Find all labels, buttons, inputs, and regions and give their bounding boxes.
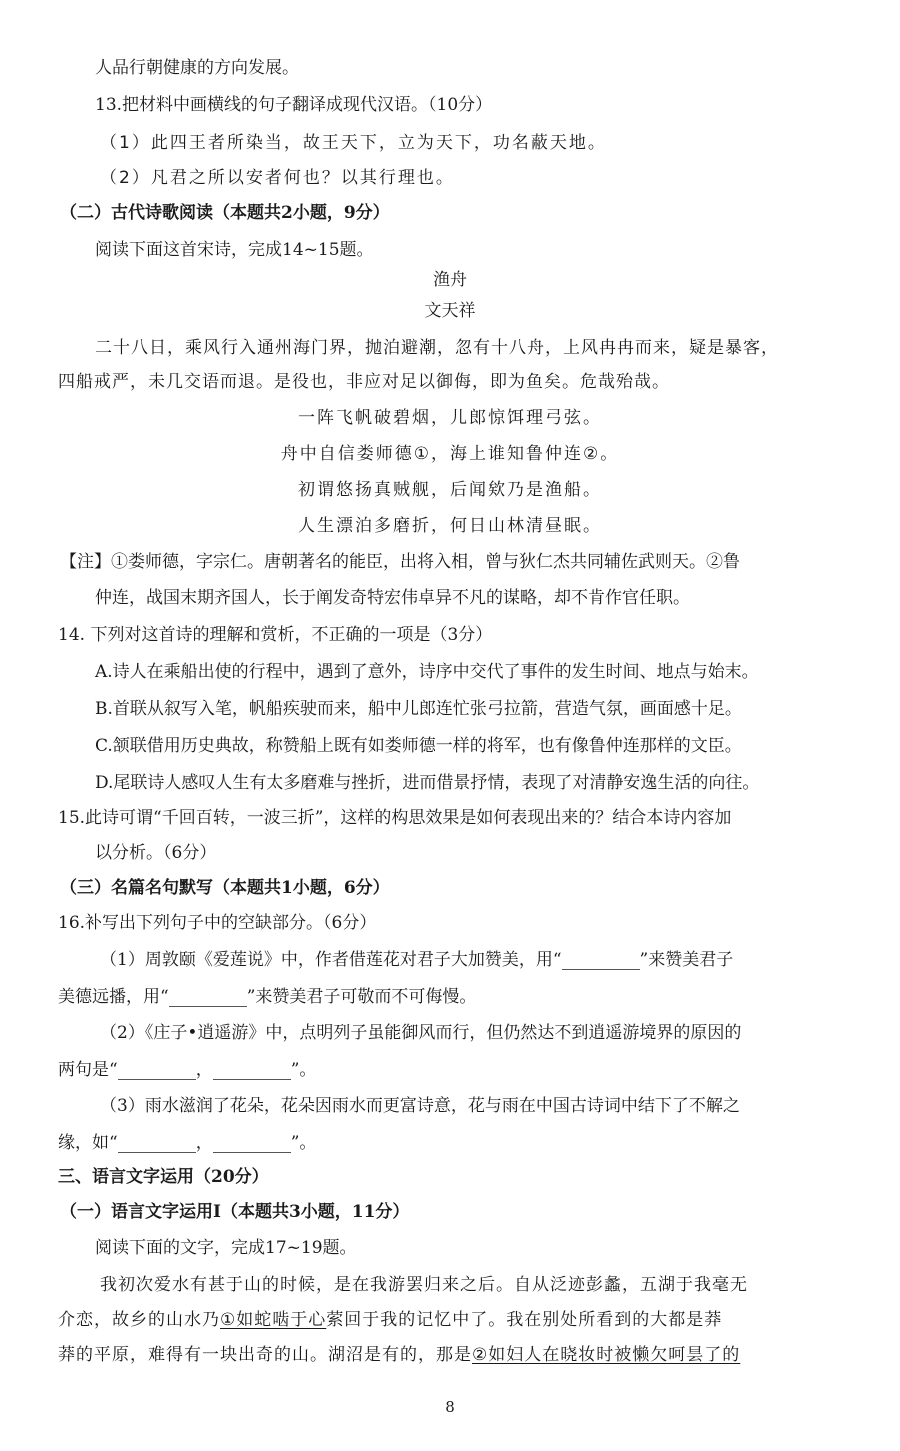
part3-heading: 三、语言文字运用（20分） <box>58 1167 269 1187</box>
passage-text: 莽的平原，难得有一块出奇的山。湖沼是有的，那是 <box>58 1345 472 1365</box>
underlined-phrase-1: ①如蛇啮于心 <box>220 1310 326 1330</box>
q13-stem: 13.把材料中画横线的句子翻译成现代汉语。（10分） <box>95 95 492 115</box>
q16-item-2-text-b: 两句是“ <box>58 1060 118 1080</box>
answer-blank[interactable] <box>169 990 247 1007</box>
poem-verse-1: 一阵飞帆破碧烟，儿郎惊饵理弓弦。 <box>0 408 900 428</box>
answer-blank[interactable] <box>118 1136 196 1153</box>
comma: ， <box>196 1133 213 1153</box>
q14-option-b: B.首联从叙写入笔，帆船疾驶而来，船中儿郎连忙张弓拉箭，营造气氛，画面感十足。 <box>95 699 742 719</box>
underlined-phrase-2: ②如妇人在晓妆时被懒欠呵昙了的 <box>472 1345 740 1365</box>
q14-option-c: C.颔联借用历史典故，称赞船上既有如娄师德一样的将军，也有像鲁仲连那样的文臣。 <box>95 736 742 756</box>
poetry-instruction: 阅读下面这首宋诗，完成14~15题。 <box>95 240 374 260</box>
poem-verse-2: 舟中自信娄师德①，海上谁知鲁仲连②。 <box>0 444 900 464</box>
page-number: 8 <box>0 1398 900 1416</box>
poem-title: 渔舟 <box>0 270 900 290</box>
q16-item-3-text-b: 缘，如“ <box>58 1133 118 1153</box>
comma: ， <box>196 1060 213 1080</box>
poem-preface-line-2: 四船戒严，未几交语而退。是役也，非应对足以御侮，即为鱼矣。危哉殆哉。 <box>58 372 670 392</box>
poem-author: 文天祥 <box>0 301 900 321</box>
passage-line-3: 莽的平原，难得有一块出奇的山。湖沼是有的，那是②如妇人在晓妆时被懒欠呵昙了的 <box>58 1345 740 1365</box>
q14-option-a: A.诗人在乘船出使的行程中，遇到了意外，诗序中交代了事件的发生时间、地点与始末。 <box>95 662 759 682</box>
part3-instruction: 阅读下面的文字，完成17~19题。 <box>95 1238 357 1258</box>
answer-blank[interactable] <box>213 1136 291 1153</box>
passage-text: 萦回于我的记忆中了。我在别处所看到的大都是莽 <box>326 1310 722 1330</box>
q14-option-d: D.尾联诗人感叹人生有太多磨难与挫折，进而借景抒情，表现了对清静安逸生活的向往。 <box>95 773 759 793</box>
closing-quote: ”。 <box>291 1060 317 1080</box>
poem-note-line-2: 仲连，战国末期齐国人，长于阐发奇特宏伟卓异不凡的谋略，却不肯作官任职。 <box>95 588 690 608</box>
answer-blank[interactable] <box>213 1063 291 1080</box>
q16-item-3-line-1: （3）雨水滋润了花朵，花朵因雨水而更富诗意，花与雨在中国古诗词中结下了不解之 <box>100 1096 740 1116</box>
q16-item-2-line-2: 两句是“，”。 <box>58 1060 316 1080</box>
q16-item-1-line-2: 美德远播，用“”来赞美君子可敬而不可侮慢。 <box>58 987 476 1007</box>
section-recite-heading: （三）名篇名句默写（本题共1小题，6分） <box>60 878 390 898</box>
q15-line-1: 15.此诗可谓“千回百转，一波三折”，这样的构思效果是如何表现出来的？结合本诗内… <box>58 808 731 828</box>
closing-quote: ”。 <box>291 1133 317 1153</box>
q16-item-1-text-c: 美德远播，用“ <box>58 987 169 1007</box>
passage-line-1: 我初次爱水有甚于山的时候，是在我游罢归来之后。自从泛迹彭蠡，五湖于我毫无 <box>100 1275 748 1295</box>
q16-item-1-text-d: ”来赞美君子可敬而不可侮慢。 <box>247 987 477 1007</box>
section-poetry-heading: （二）古代诗歌阅读（本题共2小题，9分） <box>60 203 390 223</box>
q15-line-2: 以分析。（6分） <box>95 843 216 863</box>
q16-stem: 16.补写出下列句子中的空缺部分。（6分） <box>58 913 376 933</box>
passage-line-2: 介恋，故乡的山水乃①如蛇啮于心萦回于我的记忆中了。我在别处所看到的大都是莽 <box>58 1310 722 1330</box>
poem-preface-line-1: 二十八日，乘风行入通州海门界，抛泊避潮，忽有十八舟，上风冉冉而来，疑是暴客， <box>95 338 779 358</box>
continuation-text: 人品行朝健康的方向发展。 <box>95 58 299 78</box>
answer-blank[interactable] <box>562 953 640 970</box>
q13-item-1: （1）此四王者所染当，故王天下，立为天下，功名蔽天地。 <box>100 133 607 153</box>
answer-blank[interactable] <box>118 1063 196 1080</box>
q13-item-2: （2）凡君之所以安者何也？以其行理也。 <box>100 168 455 188</box>
q16-item-1-line-1: （1）周敦颐《爱莲说》中，作者借莲花对君子大加赞美，用“”来赞美君子 <box>100 950 733 970</box>
q16-item-1-text-b: ”来赞美君子 <box>640 950 734 970</box>
poem-verse-4: 人生漂泊多磨折，何日山林清昼眠。 <box>0 516 900 536</box>
q16-item-1-text-a: （1）周敦颐《爱莲说》中，作者借莲花对君子大加赞美，用“ <box>100 950 562 970</box>
q14-stem: 14. 下列对这首诗的理解和赏析，不正确的一项是（3分） <box>58 625 492 645</box>
poem-note-line-1: 【注】①娄师德，字宗仁。唐朝著名的能臣，出将入相，曾与狄仁杰共同辅佐武则天。②鲁 <box>60 552 740 572</box>
q16-item-2-line-1: （2）《庄子•逍遥游》中，点明列子虽能御风而行，但仍然达不到逍遥游境界的原因的 <box>100 1023 741 1043</box>
q16-item-3-line-2: 缘，如“，”。 <box>58 1133 316 1153</box>
passage-text: 介恋，故乡的山水乃 <box>58 1310 220 1330</box>
part3-sub-heading: （一）语言文字运用Ⅰ（本题共3小题，11分） <box>60 1202 409 1222</box>
poem-verse-3: 初谓悠扬真贼舰，后闻欸乃是渔船。 <box>0 480 900 500</box>
